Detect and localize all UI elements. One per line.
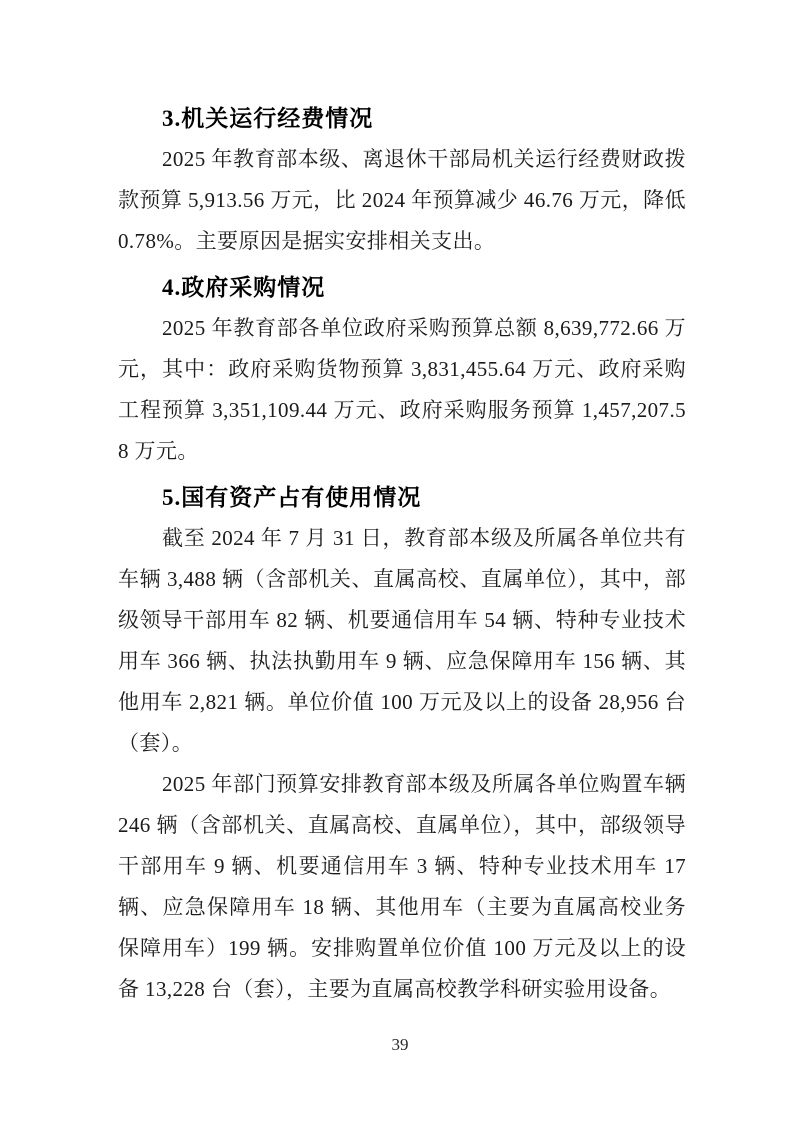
- paragraph-government-procurement: 2025 年教育部各单位政府采购预算总额 8,639,772.66 万元，其中：…: [118, 308, 686, 472]
- section-government-procurement: 4.政府采购情况 2025 年教育部各单位政府采购预算总额 8,639,772.…: [118, 267, 686, 472]
- paragraph-assets-current-holdings: 截至 2024 年 7 月 31 日，教育部本级及所属各单位共有车辆 3,488…: [118, 518, 686, 764]
- document-body: 3.机关运行经费情况 2025 年教育部本级、离退休干部局机关运行经费财政拨款预…: [118, 98, 686, 1010]
- document-page: 3.机关运行经费情况 2025 年教育部本级、离退休干部局机关运行经费财政拨款预…: [0, 0, 800, 1131]
- section-heading-government-procurement: 4.政府采购情况: [118, 267, 686, 308]
- section-heading-state-owned-assets: 5.国有资产占有使用情况: [118, 477, 686, 518]
- section-state-owned-assets: 5.国有资产占有使用情况 截至 2024 年 7 月 31 日，教育部本级及所属…: [118, 477, 686, 1010]
- page-number: 39: [392, 1035, 409, 1054]
- paragraph-assets-planned-purchases: 2025 年部门预算安排教育部本级及所属各单位购置车辆 246 辆（含部机关、直…: [118, 764, 686, 1010]
- section-heading-operating-expenses: 3.机关运行经费情况: [118, 98, 686, 139]
- page-footer: 39: [0, 1033, 800, 1057]
- section-agency-operating-expenses: 3.机关运行经费情况 2025 年教育部本级、离退休干部局机关运行经费财政拨款预…: [118, 98, 686, 262]
- paragraph-operating-expenses: 2025 年教育部本级、离退休干部局机关运行经费财政拨款预算 5,913.56 …: [118, 139, 686, 262]
